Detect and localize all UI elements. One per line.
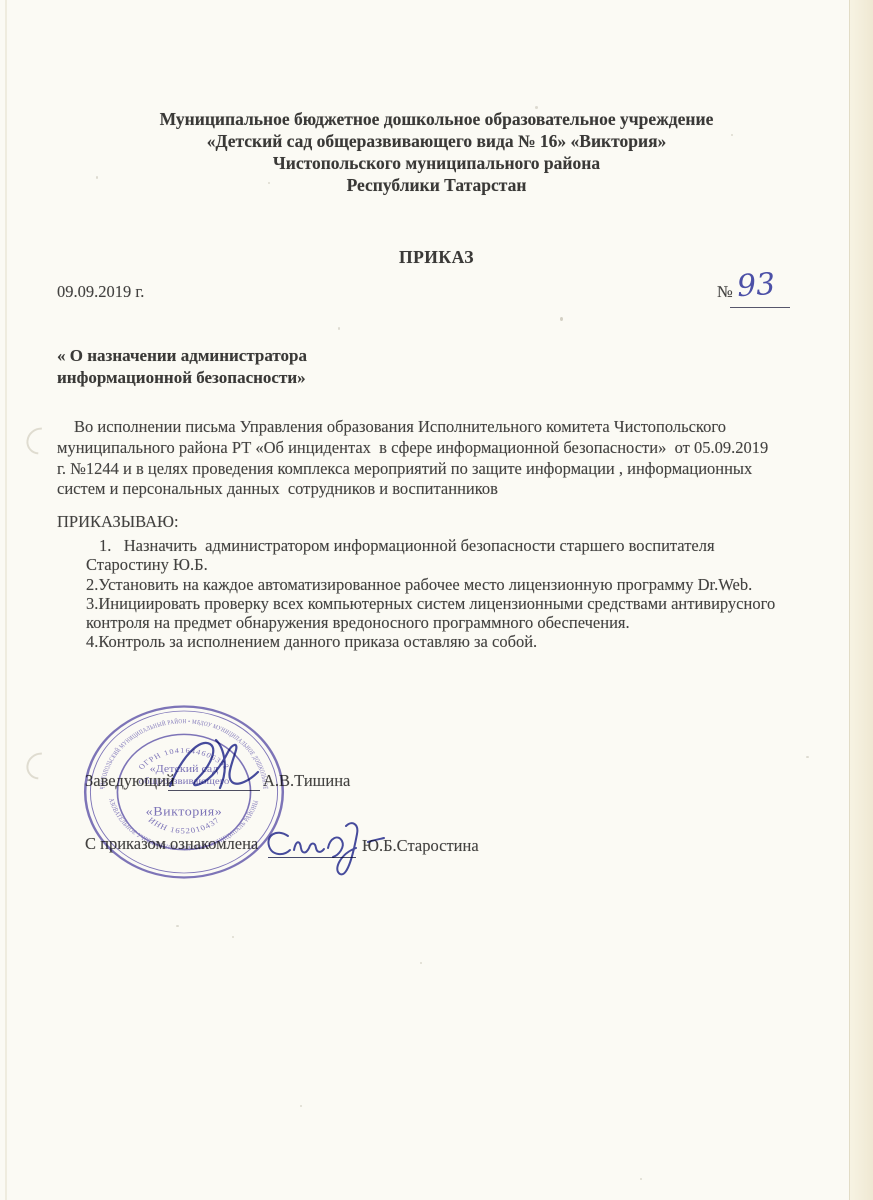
number-underline — [730, 307, 790, 308]
subject-line-1: « О назначении администратора — [57, 347, 307, 364]
scan-speck — [640, 1178, 642, 1180]
scan-speck — [300, 1105, 302, 1107]
scan-speck — [420, 962, 422, 964]
directive-heading: ПРИКАЗЫВАЮ: — [57, 514, 179, 531]
stamp-inn-textpath: ИНН 1652010437 — [146, 816, 221, 835]
scanned-order-document: Муниципальное бюджетное дошкольное образ… — [0, 0, 873, 1200]
scan-speck — [338, 327, 340, 330]
number-value-handwritten: 93 — [736, 267, 777, 305]
scan-speck — [232, 936, 234, 938]
body-line-1: Во исполнении письма Управления образова… — [74, 419, 726, 436]
directive-line-2: Старостину Ю.Б. — [86, 557, 208, 574]
body-line-2: муниципального района РТ «Об инцидентах … — [57, 440, 768, 457]
hole-punch-bottom — [21, 747, 59, 785]
hole-punch-top — [21, 422, 59, 460]
directive-line-1: 1. Назначить администратором информацион… — [99, 538, 715, 555]
stamp-inn-text: ИНН 1652010437 — [146, 816, 221, 835]
directive-line-5: контроля на предмет обнаружения вредонос… — [86, 615, 630, 632]
doc-type-title: ПРИКАЗ — [0, 249, 873, 267]
date-text: 09.09.2019 г. — [57, 284, 144, 301]
subject-line-2: информационной безопасности» — [57, 369, 306, 386]
directive-line-3: 2.Установить на каждое автоматизированно… — [86, 577, 752, 594]
letterhead-line-3: Чистопольского муниципального района — [0, 155, 873, 173]
number-sign: № — [717, 284, 733, 301]
director-signature — [160, 736, 272, 808]
directive-line-4: 3.Инициировать проверку всех компьютерны… — [86, 596, 775, 613]
letterhead-line-1: Муниципальное бюджетное дошкольное образ… — [0, 111, 873, 129]
scan-speck — [806, 756, 809, 758]
body-line-4: систем и персональных данных сотрудников… — [57, 481, 498, 498]
ack-signature — [262, 822, 412, 892]
letterhead-line-4: Республики Татарстан — [0, 177, 873, 195]
directive-line-6: 4.Контроль за исполнением данного приказ… — [86, 634, 537, 651]
scan-speck — [176, 925, 179, 927]
letterhead-line-2: «Детский сад общеразвивающего вида № 16»… — [0, 133, 873, 151]
body-line-3: г. №1244 и в целях проведения комплекса … — [57, 461, 752, 478]
scan-speck — [560, 317, 563, 321]
